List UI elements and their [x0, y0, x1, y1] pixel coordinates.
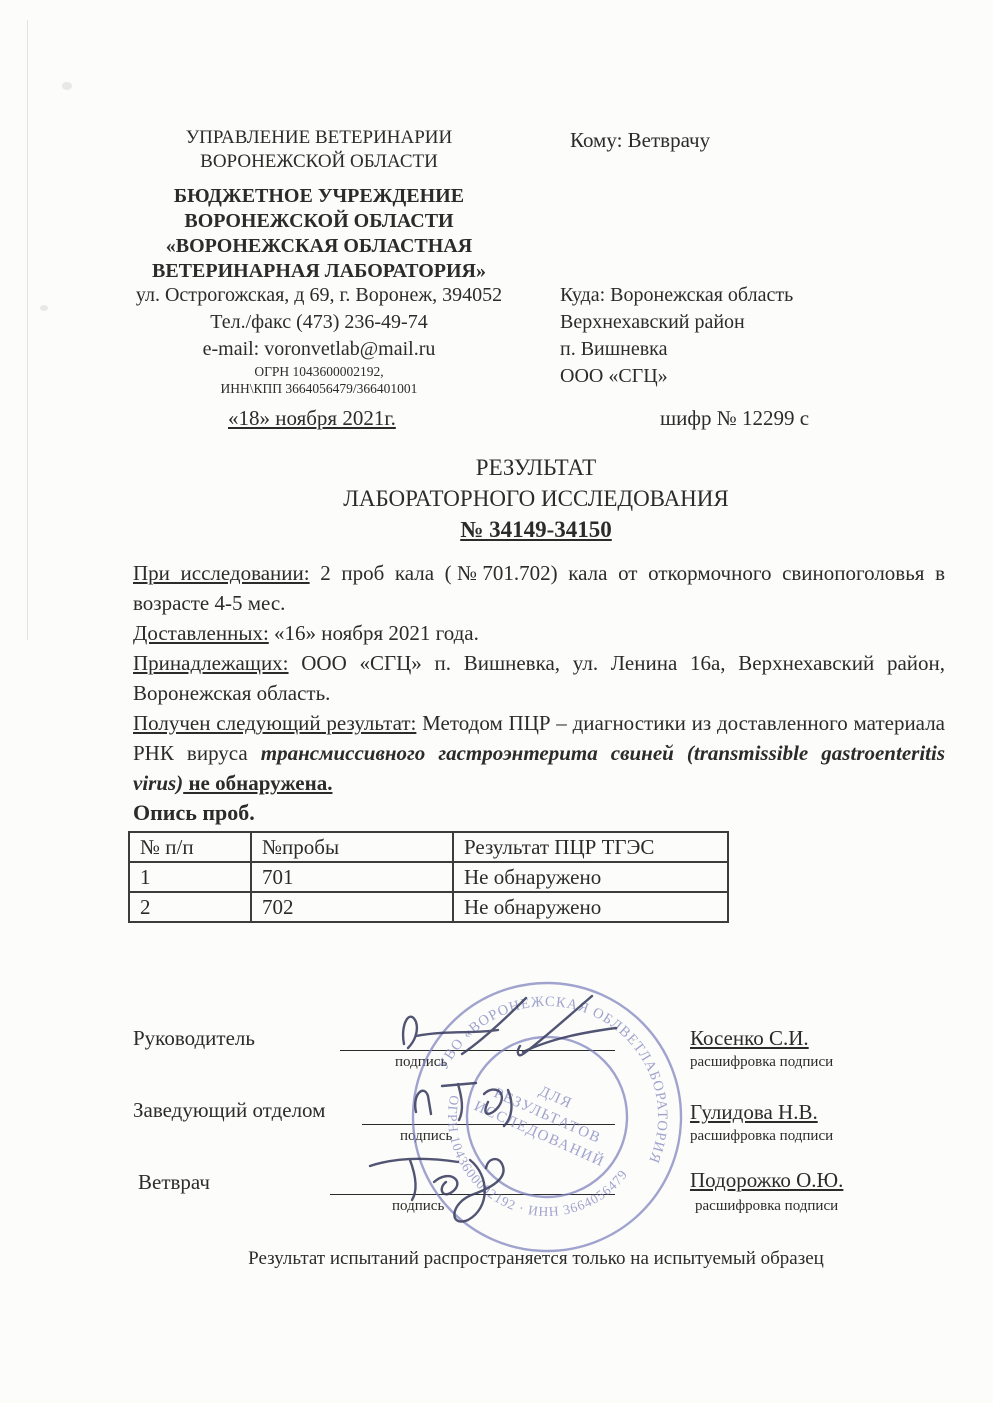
institution-line: «ВОРОНЕЖСКАЯ ОБЛАСТНАЯ	[128, 234, 510, 259]
owner-label: Принадлежащих:	[133, 651, 289, 675]
document-date: «18» ноября 2021г.	[228, 406, 396, 431]
scan-speck	[40, 305, 48, 311]
destination-block: Куда: Воронежская область Верхнехавский …	[560, 282, 793, 390]
stamp-reg-text: ОГРН 1043600002192 · ИНН 3664056479	[414, 1091, 632, 1251]
cell-index: 1	[129, 862, 251, 892]
result-verdict: не обнаружена.	[183, 771, 332, 795]
institution-line: ВОРОНЕЖСКОЙ ОБЛАСТИ	[128, 209, 510, 234]
decode-caption: расшифровка подписи	[695, 1198, 838, 1215]
scan-edge-artifact	[27, 20, 28, 640]
cell-index: 2	[129, 892, 251, 922]
inn-kpp-line: ИНН\КПП 3664056479/366401001	[128, 380, 510, 397]
destination-line: п. Вишневка	[560, 336, 793, 363]
destination-line: Куда: Воронежская область	[560, 282, 793, 309]
table-row: 1 701 Не обнаружено	[129, 862, 728, 892]
email-line: e-mail: voronvetlab@mail.ru	[128, 336, 510, 363]
cipher-number: шифр № 12299 с	[660, 406, 809, 431]
paragraph-delivered: Доставленных: «16» ноября 2021 года.	[133, 618, 945, 648]
title-line-1: РЕЗУЛЬТАТ	[130, 452, 942, 483]
result-body: При исследовании: 2 проб кала (№701.702)…	[133, 558, 945, 798]
cell-result: Не обнаружено	[453, 892, 728, 922]
samples-heading: Опись проб.	[133, 800, 255, 826]
scan-speck	[62, 82, 72, 90]
paragraph-owner: Принадлежащих: ООО «СГЦ» п. Вишневка, ул…	[133, 648, 945, 708]
ogrn-line: ОГРН 1043600002192,	[128, 363, 510, 380]
document-page: УПРАВЛЕНИЕ ВЕТЕРИНАРИИ ВОРОНЕЖСКОЙ ОБЛАС…	[0, 0, 993, 1403]
cell-sample: 701	[251, 862, 453, 892]
department-line: УПРАВЛЕНИЕ ВЕТЕРИНАРИИ	[128, 126, 510, 150]
address-line: ул. Острогожская, д 69, г. Воронеж, 3940…	[128, 282, 510, 309]
document-title: РЕЗУЛЬТАТ ЛАБОРАТОРНОГО ИССЛЕДОВАНИЯ № 3…	[130, 452, 942, 545]
destination-line: ООО «СГЦ»	[560, 363, 793, 390]
institution-line: ВЕТЕРИНАРНАЯ ЛАБОРАТОРИЯ»	[128, 259, 510, 284]
destination-line: Верхнехавский район	[560, 309, 793, 336]
col-header-result: Результат ПЦР ТГЭС	[453, 832, 728, 862]
delivered-label: Доставленных:	[133, 621, 269, 645]
decode-caption: расшифровка подписи	[690, 1128, 833, 1145]
institution-name: БЮДЖЕТНОЕ УЧРЕЖДЕНИЕ ВОРОНЕЖСКОЙ ОБЛАСТИ…	[128, 184, 510, 284]
signer-role-vet: Ветврач	[138, 1170, 210, 1195]
cell-sample: 702	[251, 892, 453, 922]
delivered-text: «16» ноября 2021 года.	[269, 621, 479, 645]
samples-table: № п/п №пробы Результат ПЦР ТГЭС 1 701 Не…	[128, 831, 729, 923]
svg-text:ОГРН 1043600002192 · ИНН 36640: ОГРН 1043600002192 · ИНН 3664056479	[414, 1091, 632, 1251]
examination-label: При исследовании:	[133, 561, 310, 585]
table-header-row: № п/п №пробы Результат ПЦР ТГЭС	[129, 832, 728, 862]
table-row: 2 702 Не обнаружено	[129, 892, 728, 922]
paragraph-result: Получен следующий результат: Методом ПЦР…	[133, 708, 945, 798]
signer-role-head: Заведующий отделом	[133, 1098, 325, 1123]
institution-line: БЮДЖЕТНОЕ УЧРЕЖДЕНИЕ	[128, 184, 510, 209]
lab-address-block: ул. Острогожская, д 69, г. Воронеж, 3940…	[128, 282, 510, 397]
col-header-sample: №пробы	[251, 832, 453, 862]
title-line-2: ЛАБОРАТОРНОГО ИССЛЕДОВАНИЯ	[130, 483, 942, 514]
department-line: ВОРОНЕЖСКОЙ ОБЛАСТИ	[128, 150, 510, 174]
cell-result: Не обнаружено	[453, 862, 728, 892]
col-header-index: № п/п	[129, 832, 251, 862]
recipient: Кому: Ветврачу	[570, 128, 710, 153]
footer-note: Результат испытаний распространяется тол…	[130, 1248, 942, 1270]
issuing-department: УПРАВЛЕНИЕ ВЕТЕРИНАРИИ ВОРОНЕЖСКОЙ ОБЛАС…	[128, 126, 510, 174]
signer-name-vet: Подорожко О.Ю.	[690, 1168, 843, 1193]
phone-line: Тел./факс (473) 236-49-74	[128, 309, 510, 336]
signer-role-director: Руководитель	[133, 1026, 255, 1051]
result-number: № 34149-34150	[130, 514, 942, 545]
paragraph-examination: При исследовании: 2 проб кала (№701.702)…	[133, 558, 945, 618]
result-label: Получен следующий результат:	[133, 711, 416, 735]
